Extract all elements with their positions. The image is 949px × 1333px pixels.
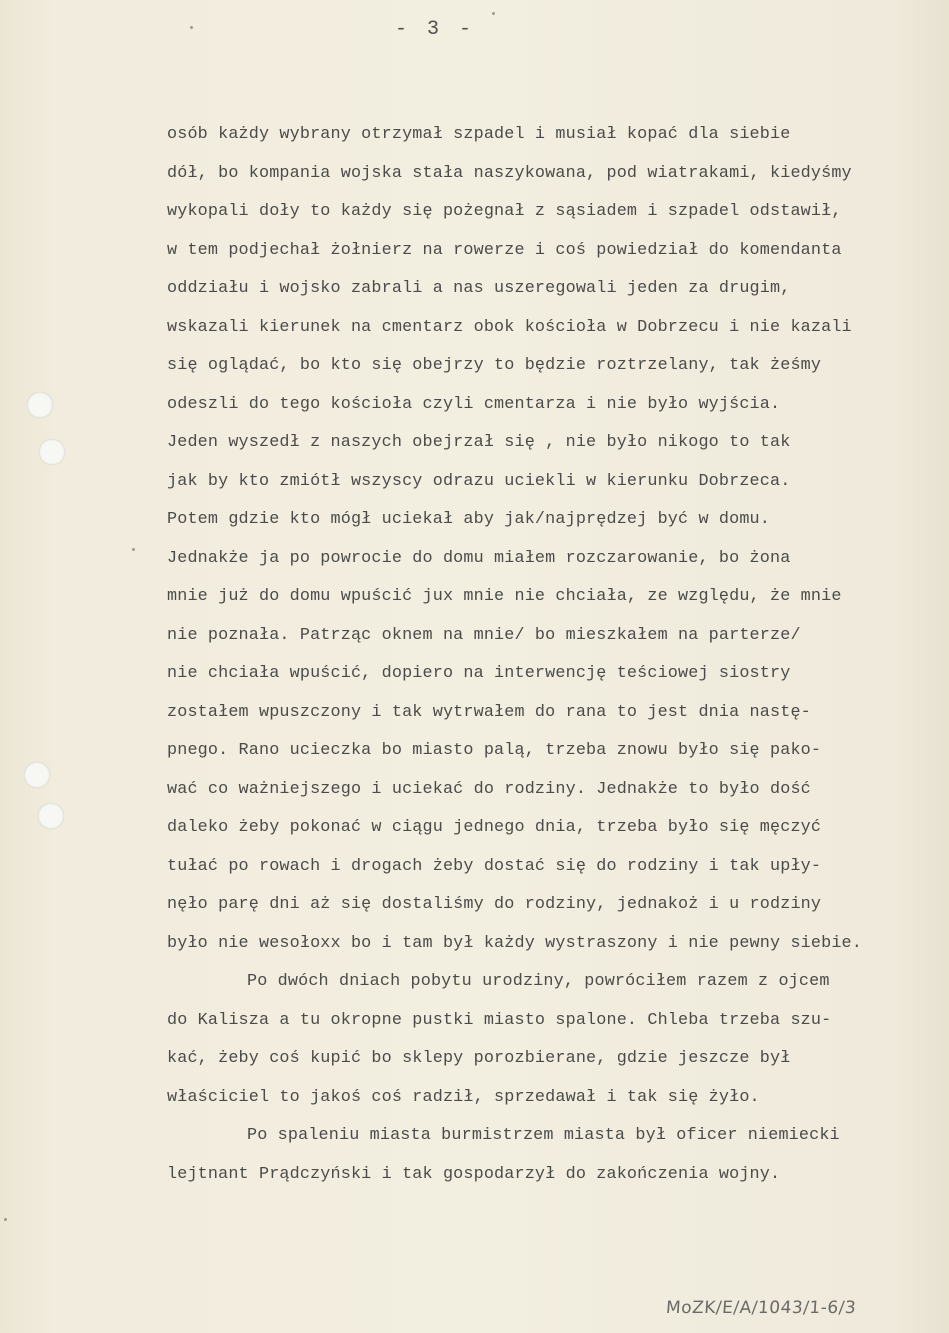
text-line: nie chciała wpuścić, dopiero na interwen… (167, 660, 949, 699)
paper-speck (132, 548, 135, 551)
text-line: nęło parę dni aż się dostaliśmy do rodzi… (167, 891, 949, 930)
text-line: zostałem wpuszczony i tak wytrwałem do r… (167, 699, 949, 738)
paragraph-start-line: Po dwóch dniach pobytu urodziny, powróci… (167, 968, 949, 1007)
text-line: Potem gdzie kto mógł uciekał aby jak/naj… (167, 506, 949, 545)
text-line: wskazali kierunek na cmentarz obok kości… (167, 314, 949, 353)
text-line: się oglądać, bo kto się obejrzy to będzi… (167, 352, 949, 391)
paper-speck (492, 12, 495, 15)
punch-hole (38, 803, 64, 829)
text-line: mnie już do domu wpuścić jux mnie nie ch… (167, 583, 949, 622)
text-line: Jednakże ja po powrocie do domu miałem r… (167, 545, 949, 584)
text-line: kać, żeby coś kupić bo sklepy porozbiera… (167, 1045, 949, 1084)
paragraph-start-line: Po spaleniu miasta burmistrzem miasta by… (167, 1122, 949, 1161)
text-line: dół, bo kompania wojska stała naszykowan… (167, 160, 949, 199)
paper-speck (190, 26, 193, 29)
paper-speck (4, 1218, 7, 1221)
text-line: tułać po rowach i drogach żeby dostać si… (167, 853, 949, 892)
document-body: osób każdy wybrany otrzymał szpadel i mu… (167, 121, 949, 1199)
text-line: odeszli do tego kościoła czyli cmentarza… (167, 391, 949, 430)
punch-hole (24, 762, 50, 788)
text-line: do Kalisza a tu okropne pustki miasto sp… (167, 1007, 949, 1046)
text-line: Jeden wyszedł z naszych obejrzał się , n… (167, 429, 949, 468)
text-line: w tem podjechał żołnierz na rowerze i co… (167, 237, 949, 276)
text-line: było nie wesołoxx bo i tam był każdy wys… (167, 930, 949, 969)
text-line: pnego. Rano ucieczka bo miasto palą, trz… (167, 737, 949, 776)
text-line: wykopali doły to każdy się pożegnał z są… (167, 198, 949, 237)
text-line: daleko żeby pokonać w ciągu jednego dnia… (167, 814, 949, 853)
text-line: oddziału i wojsko zabrali a nas uszerego… (167, 275, 949, 314)
archive-reference-handwritten: MoZK/E/A/1043/1-6/3 (665, 1298, 857, 1318)
text-line: jak by kto zmiótł wszyscy odrazu uciekli… (167, 468, 949, 507)
text-line: właściciel to jakoś coś radził, sprzedaw… (167, 1084, 949, 1123)
punch-hole (27, 392, 53, 418)
typewritten-page: - 3 - osób każdy wybrany otrzymał szpade… (0, 0, 949, 1333)
text-line: lejtnant Prądczyński i tak gospodarzył d… (167, 1161, 949, 1200)
text-line: nie poznała. Patrząc oknem na mnie/ bo m… (167, 622, 949, 661)
text-line: wać co ważniejszego i uciekać do rodziny… (167, 776, 949, 815)
page-number: - 3 - (395, 18, 475, 41)
text-line: osób każdy wybrany otrzymał szpadel i mu… (167, 121, 949, 160)
punch-hole (39, 439, 65, 465)
